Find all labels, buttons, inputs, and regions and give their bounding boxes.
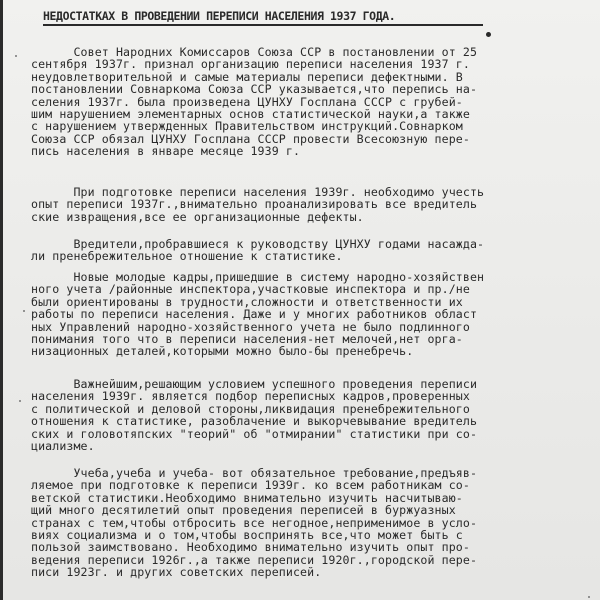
paragraph-study: Учеба,учеба и учеба- вот обязательное тр… (31, 467, 591, 579)
text-line: циализме. (31, 440, 591, 452)
text-line: постановлении Совнаркома Союза ССР указы… (31, 83, 591, 95)
text-line: ного учета /районные инспектора,участков… (31, 283, 591, 295)
text-line: ских и головотяпских "теорий" об "отмира… (31, 428, 591, 440)
text-line: работы по переписи населения. Даже и у м… (31, 308, 591, 320)
ink-speck (19, 400, 21, 402)
scanned-page: НЕДОСТАТКАХ В ПРОВЕДЕНИИ ПЕРЕПИСИ НАСЕЛЕ… (0, 0, 600, 600)
text-line: с нарушением утвержденных Правительством… (31, 120, 591, 132)
text-line: низационных деталей,которыми можно было-… (31, 345, 591, 357)
text-line: отношения к статистике, разоблачение и в… (31, 415, 591, 427)
text-line: пись населения в январе месяце 1939 г. (31, 145, 591, 157)
text-line: щий много десятилетий опыт проведения пе… (31, 504, 591, 516)
ink-speck (23, 310, 25, 312)
text-line: сентября 1937г. признал организацию пере… (31, 58, 591, 70)
text-line: ляемое при подготовке к переписи 1939г. … (31, 479, 591, 491)
text-line: населения 1939г. является подбор перепис… (31, 390, 591, 402)
ink-speck (15, 55, 17, 57)
text-line: пользой заимствовано. Необходимо внимате… (31, 541, 591, 553)
paragraph-new-cadres: Новые молодые кадры,пришедшие в систему … (31, 271, 591, 358)
paragraph-wreckers: Вредители,пробравшиеся к руководству ЦУН… (31, 238, 591, 263)
text-line: ли пренебрежительное отношение к статист… (31, 250, 591, 262)
ink-dot (486, 32, 491, 37)
paragraph-key-condition: Важнейшим,решающим условием успешного пр… (31, 378, 591, 452)
document-title: НЕДОСТАТКАХ В ПРОВЕДЕНИИ ПЕРЕПИСИ НАСЕЛЕ… (43, 9, 483, 26)
paragraph-preparation: При подготовке переписи населения 1939г.… (31, 186, 591, 223)
text-line: ские извращения,все ее организационные д… (31, 211, 591, 223)
paragraph-sovnarkom-decree: Совет Народних Комиссаров Союза ССР в по… (31, 46, 591, 158)
text-line: опыт переписи 1937г.,внимательно проанал… (31, 198, 591, 210)
ink-speck (588, 596, 590, 598)
text-line: писи 1923г. и других советских переписей… (31, 566, 591, 578)
